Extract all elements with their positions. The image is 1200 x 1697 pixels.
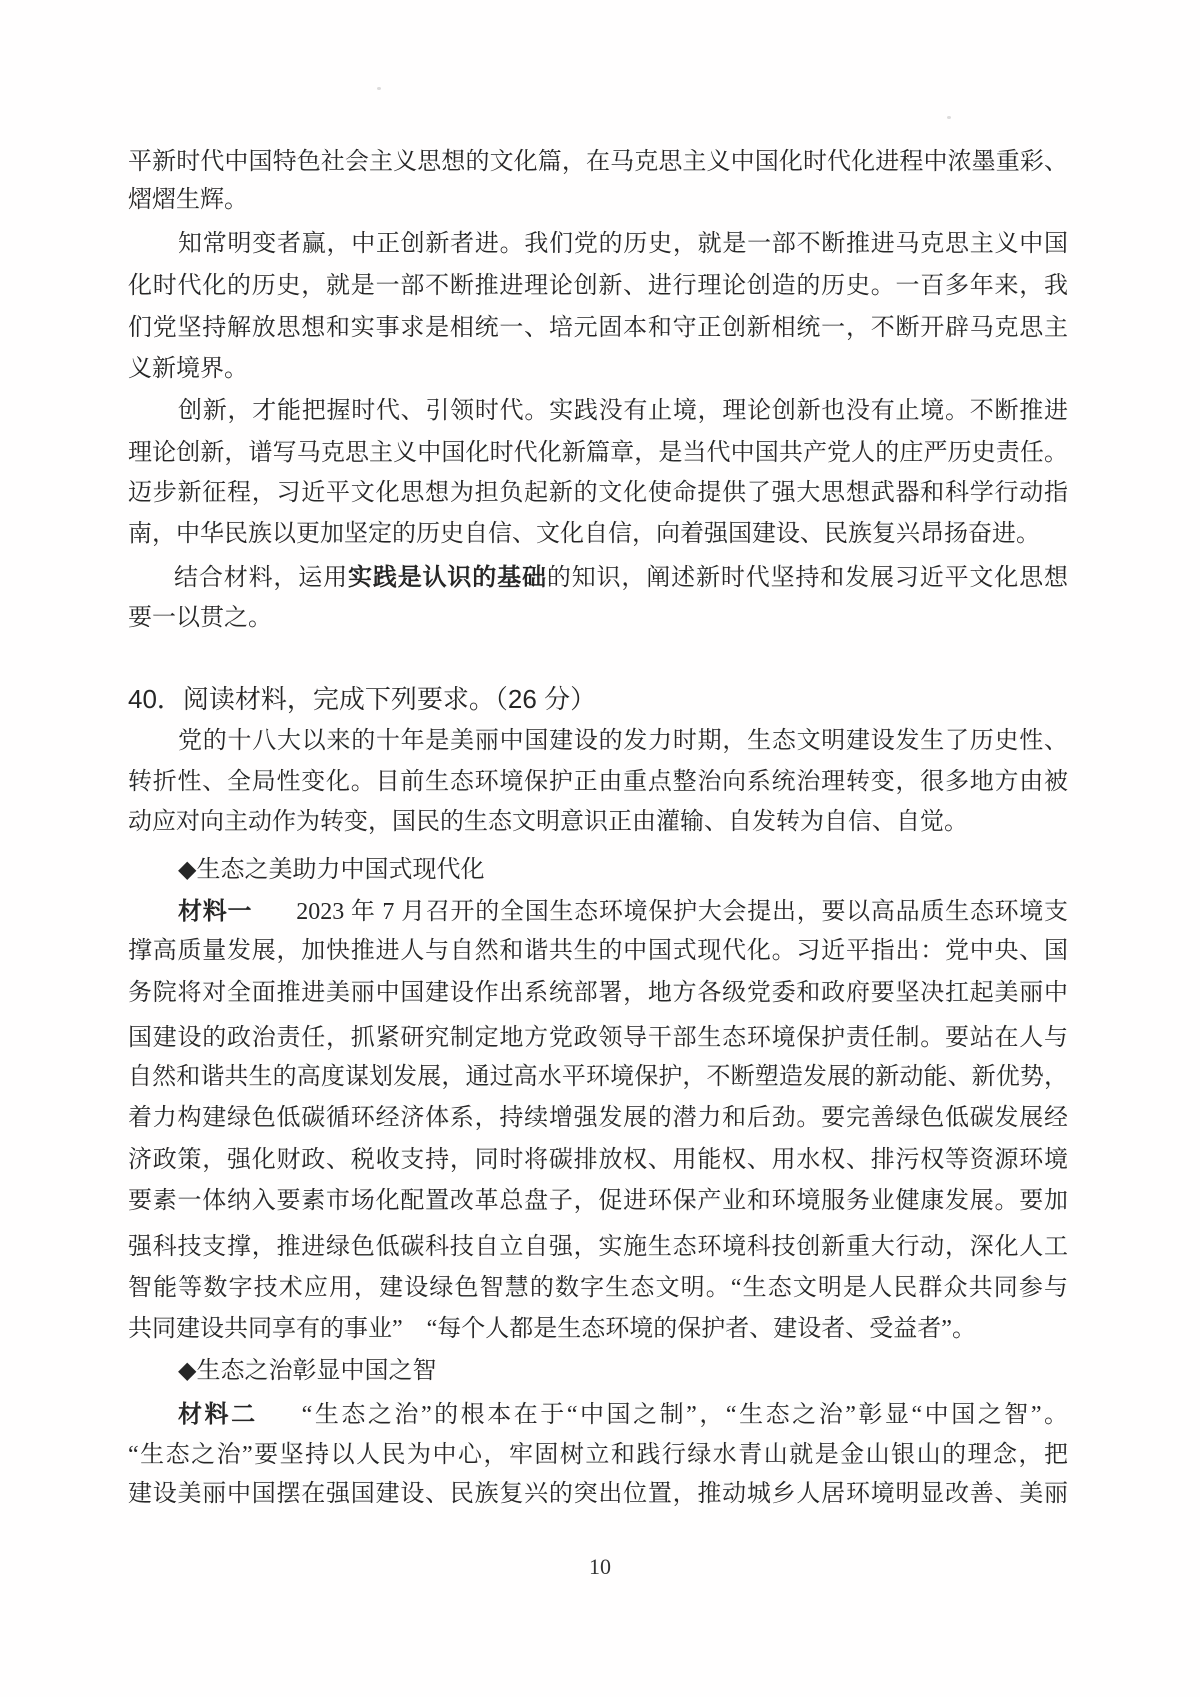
text-line: 共同建设共同享有的事业” “每个人都是生态环境的保护者、建设者、受益者”。 [128, 1308, 1068, 1350]
task-knowledge-scope: 实践是认识的基础 [348, 564, 547, 591]
material-line: 材料二“生态之治”的根本在于“中国之制”，“生态之治”彰显“中国之智”。 [128, 1394, 1068, 1436]
text-line: 撑高质量发展，加快推进人与自然和谐共生的中国式现代化。习近平指出：党中央、国 [128, 930, 1068, 972]
text-line: 创新，才能把握时代、引领时代。实践没有止境，理论创新也没有止境。不断推进 [128, 390, 1068, 432]
text-line: 着力构建绿色低碳循环经济体系，持续增强发展的潜力和后劲。要完善绿色低碳发展经 [128, 1097, 1068, 1139]
section-subheading: ◆生态之治彰显中国之智 [128, 1350, 1068, 1392]
question-task-line: 结合材料，运用实践是认识的基础的知识，阐述新时代坚持和发展习近平文化思想 [128, 557, 1068, 599]
question-40-heading: 40．阅读材料，完成下列要求。（26 分） [128, 678, 1068, 720]
text-line: 转折性、全局性变化。目前生态环境保护正由重点整治向系统治理转变，很多地方由被 [128, 761, 1068, 803]
text-line: 熠熠生辉。 [128, 179, 1068, 221]
text-line: 党的十八大以来的十年是美丽中国建设的发力时期，生态文明建设发生了历史性、 [128, 720, 1068, 762]
material-text: “生态之治”的根本在于“中国之制”，“生态之治”彰显“中国之智”。 [302, 1402, 1068, 1428]
text-line: 济政策，强化财政、税收支持，同时将碳排放权、用能权、用水权、排污权等资源环境 [128, 1139, 1068, 1181]
text-line: 建设美丽中国摆在强国建设、民族复兴的突出位置，推动城乡人居环境明显改善、美丽 [128, 1473, 1068, 1515]
question-task-line: 要一以贯之。 [128, 597, 1068, 639]
document-page: 平新时代中国特色社会主义思想的文化篇，在马克思主义中国化时代化进程中浓墨重彩、 … [0, 0, 1200, 1697]
section-subheading: ◆生态之美助力中国式现代化 [128, 849, 1068, 891]
text-line: 动应对向主动作为转变，国民的生态文明意识正由灌输、自发转为自信、自觉。 [128, 801, 1068, 843]
text-line: 义新境界。 [128, 348, 1068, 390]
text-line: 自然和谐共生的高度谋划发展，通过高水平环境保护，不断塑造发展的新动能、新优势， [128, 1056, 1068, 1098]
material-line: 材料一2023 年 7 月召开的全国生态环境保护大会提出，要以高品质生态环境支 [128, 891, 1068, 933]
task-text-pre: 结合材料，运用 [174, 564, 348, 591]
scan-speck [947, 116, 951, 119]
text-line: 南，中华民族以更加坚定的历史自信、文化自信，向着强国建设、民族复兴昂扬奋进。 [128, 513, 1068, 555]
text-line: 们党坚持解放思想和实事求是相统一、培元固本和守正创新相统一，不断开辟马克思主 [128, 307, 1068, 349]
text-line: 知常明变者赢，中正创新者进。我们党的历史，就是一部不断推进马克思主义中国 [128, 223, 1068, 265]
text-line: 强科技支撑，推进绿色低碳科技自立自强，实施生态环境科技创新重大行动，深化人工 [128, 1226, 1068, 1268]
scan-speck [377, 87, 381, 90]
task-text-post: 的知识，阐述新时代坚持和发展习近平文化思想 [547, 564, 1068, 591]
text-line: 智能等数字技术应用，建设绿色智慧的数字生态文明。“生态文明是人民群众共同参与 [128, 1267, 1068, 1309]
material-label: 材料一 [178, 899, 252, 925]
material-text: 2023 年 7 月召开的全国生态环境保护大会提出，要以高品质生态环境支 [296, 899, 1068, 925]
text-line: 化时代化的历史，就是一部不断推进理论创新、进行理论创造的历史。一百多年来，我 [128, 265, 1068, 307]
text-line: 务院将对全面推进美丽中国建设作出系统部署，地方各级党委和政府要坚决扛起美丽中 [128, 972, 1068, 1014]
text-line: 要素一体纳入要素市场化配置改革总盘子，促进环保产业和环境服务业健康发展。要加 [128, 1180, 1068, 1222]
text-line: 迈步新征程，习近平文化思想为担负起新的文化使命提供了强大思想武器和科学行动指 [128, 472, 1068, 514]
text-line: 平新时代中国特色社会主义思想的文化篇，在马克思主义中国化时代化进程中浓墨重彩、 [128, 141, 1068, 183]
text-line: 理论创新，谱写马克思主义中国化时代化新篇章，是当代中国共产党人的庄严历史责任。 [128, 432, 1068, 474]
text-line: “生态之治”要坚持以人民为中心，牢固树立和践行绿水青山就是金山银山的理念，把 [128, 1434, 1068, 1476]
text-line: 国建设的政治责任，抓紧研究制定地方党政领导干部生态环境保护责任制。要站在人与 [128, 1017, 1068, 1059]
material-label: 材料二 [178, 1402, 258, 1428]
page-number: 10 [0, 1546, 1200, 1588]
